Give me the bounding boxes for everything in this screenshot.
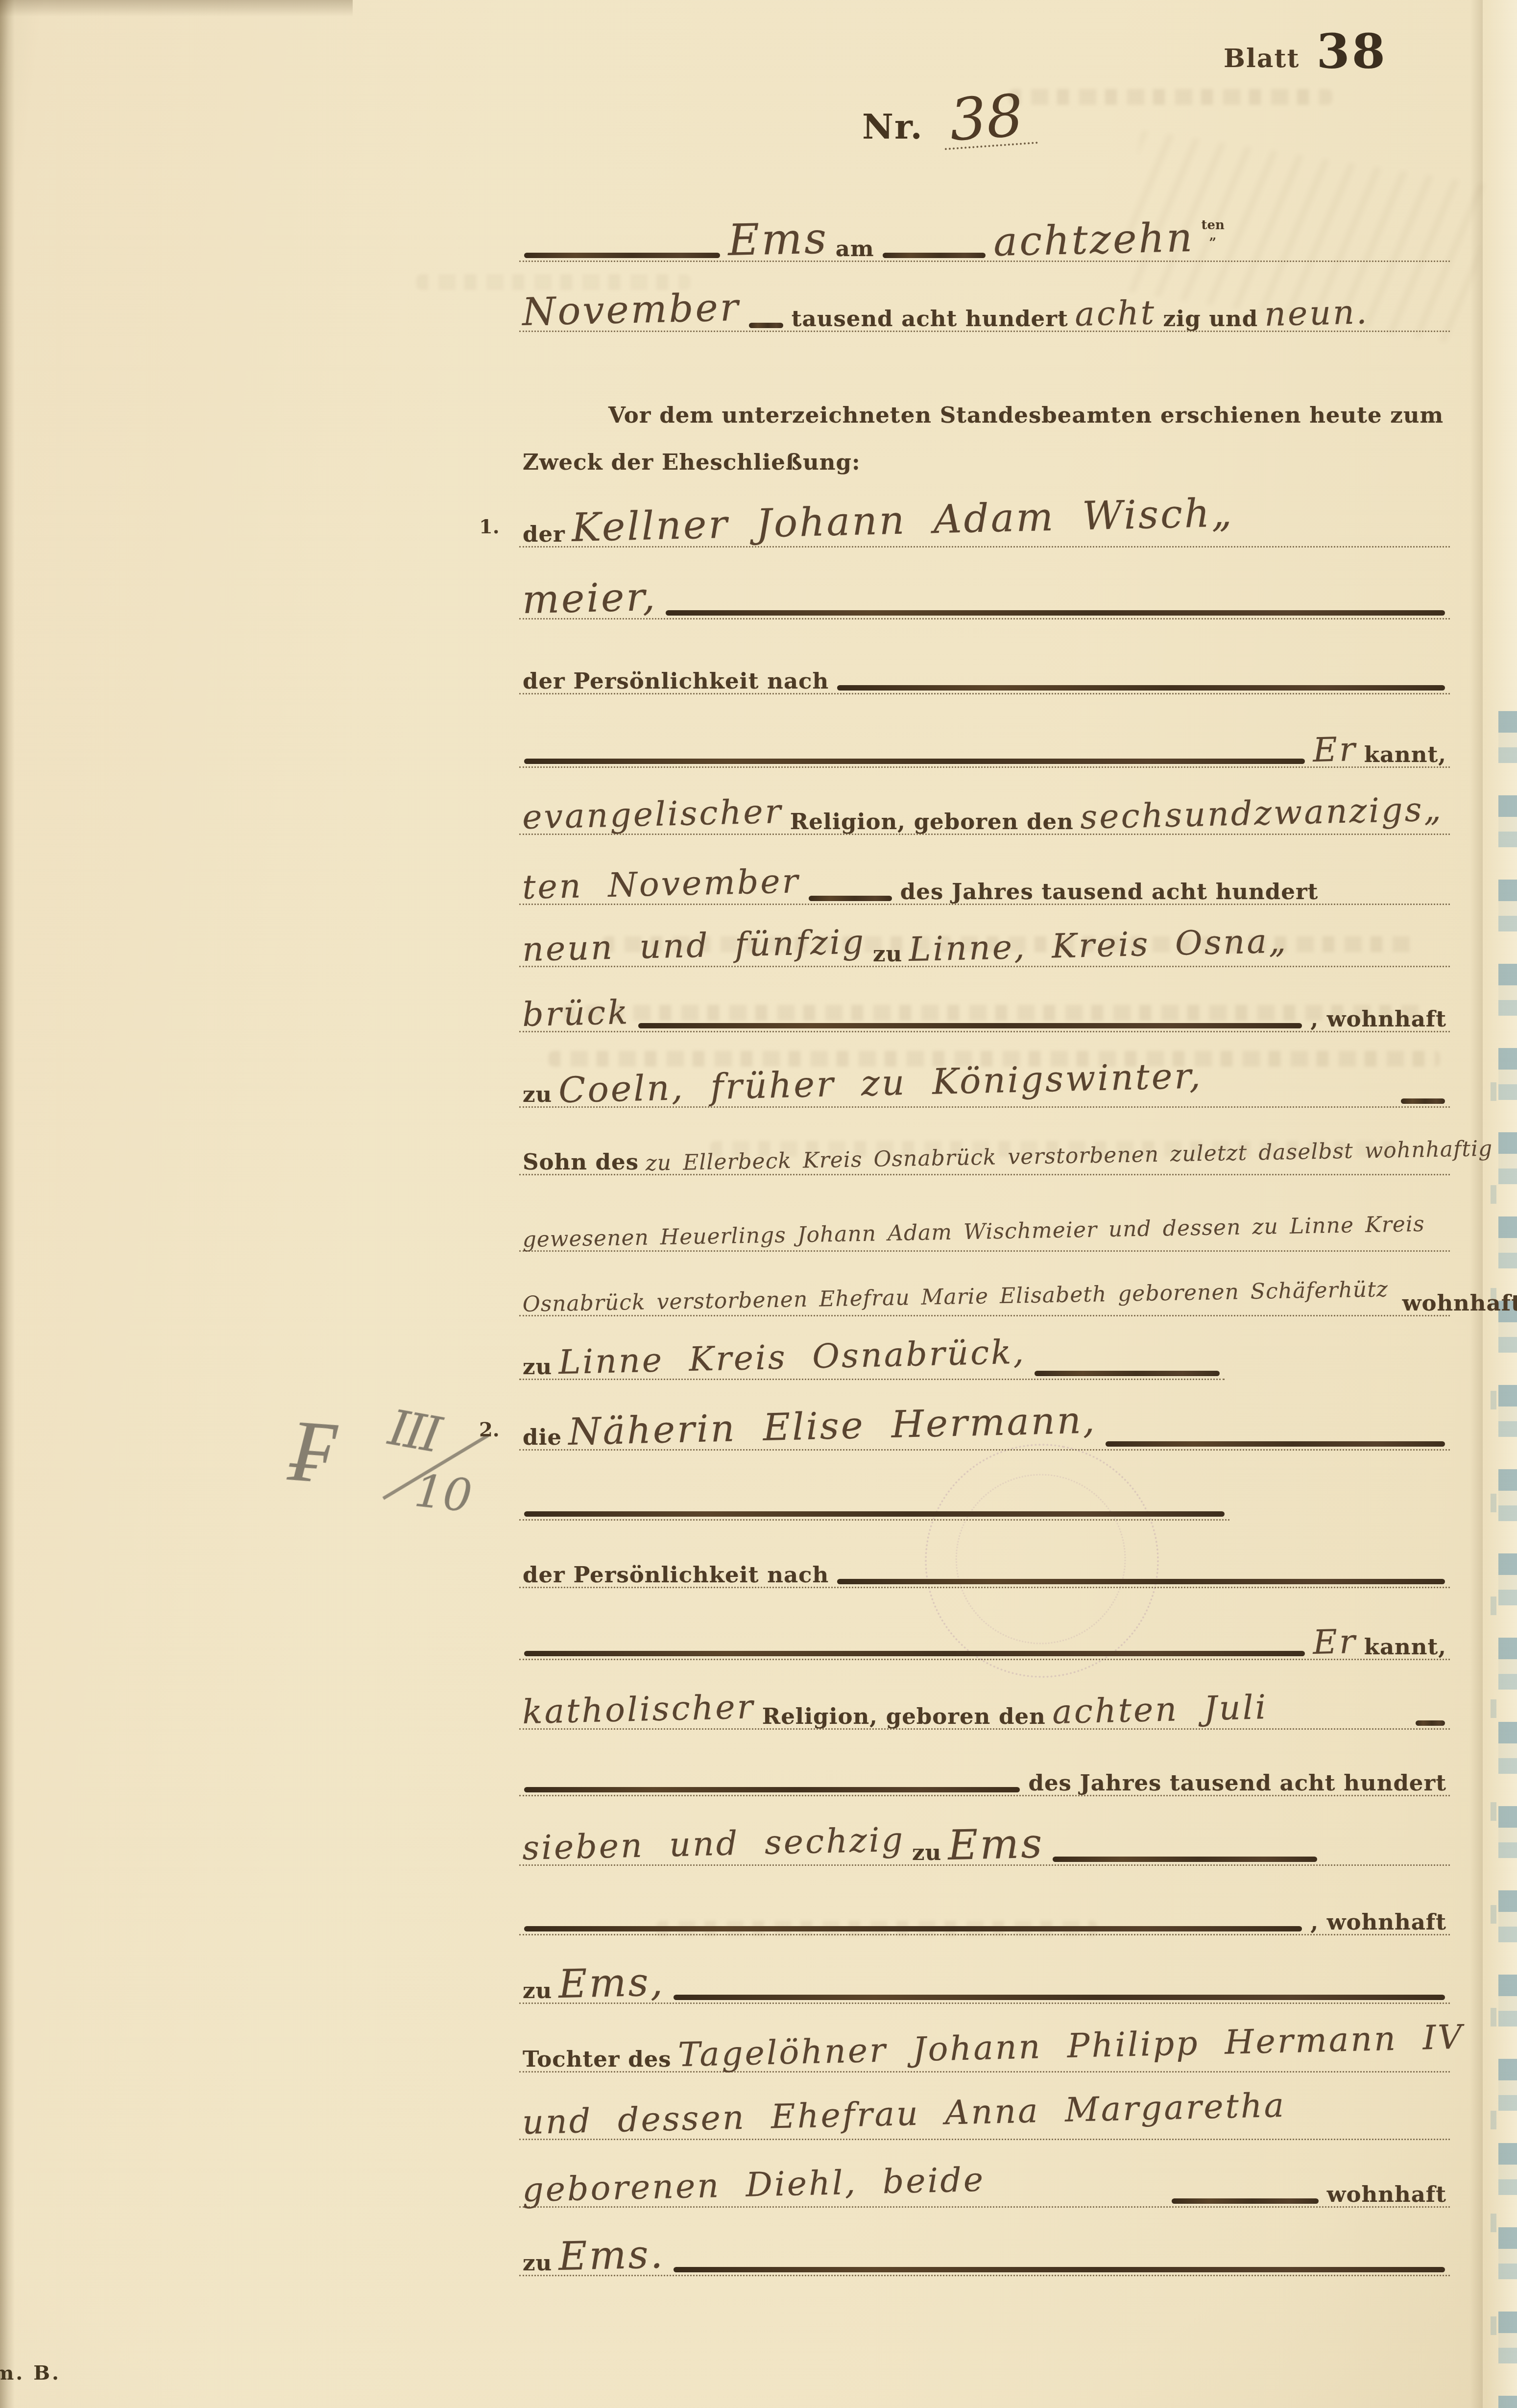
dotted-gap (1231, 260, 1446, 261)
handwritten-entry: neun und fünfzig (522, 928, 866, 966)
ink-stroke (837, 1579, 1445, 1584)
printed-form-text: des Jahres tausend acht hundert (900, 881, 1319, 904)
pencil-upper-numeral: III (386, 1408, 441, 1455)
ink-stroke (883, 253, 986, 258)
handwritten-entry: achtzehn (993, 219, 1195, 261)
bleedthrough-ghost (1009, 89, 1332, 105)
ink-stroke (837, 685, 1445, 691)
handwritten-entry-small: zu Ellerbeck Kreis Osnabrück verstorbene… (645, 1139, 1493, 1174)
form-line-26: zuEms, (519, 1939, 1450, 2004)
dotted-gap (1275, 1727, 1407, 1728)
printed-form-text: Religion, geboren den (790, 811, 1074, 834)
printed-form-text: Tochter des (523, 2048, 672, 2071)
pencil-lower-numeral: 10 (413, 1473, 474, 1514)
handwritten-entry: acht (1074, 298, 1156, 331)
form-line-4: Zweck der Eheschließung: (519, 409, 1156, 474)
printed-form-text: zu (523, 2252, 552, 2275)
handwritten-entry: ten November (522, 867, 800, 904)
printed-form-text: zu (523, 1979, 552, 2003)
form-line-21: Erkannt, (519, 1596, 1450, 1660)
ink-stroke (524, 759, 1305, 764)
handwritten-entry: Ems, (558, 1964, 665, 2003)
form-line-9: evangelischerReligion, geboren densechsu… (519, 770, 1450, 835)
printed-form-text: zu (523, 1083, 552, 1106)
nr-label: Nr. (862, 106, 923, 147)
form-line-18: 2.dieNäherin Elise Hermann, (519, 1386, 1450, 1451)
printed-form-text: zig und (1163, 308, 1258, 331)
form-line-10: ten Novemberdes Jahres tausend acht hund… (519, 840, 1450, 905)
printed-form-text: wohnhaft (1327, 2183, 1446, 2206)
form-line-27: Tochter desTagelöhner Johann Philipp Her… (519, 2008, 1450, 2073)
blatt-label: Blatt (1224, 44, 1300, 73)
handwritten-entry-small: Osnabrück verstorbenen Ehefrau Marie Eli… (522, 1279, 1388, 1315)
printed-form-text: , wohnhaft (1310, 1911, 1446, 1934)
form-line-29: geborenen Diehl, beidewohnhaft (519, 2143, 1450, 2208)
printed-form-text: des Jahres tausend acht hundert (1028, 1772, 1446, 1795)
ink-stroke (524, 1651, 1305, 1656)
printed-form-text: wohnhaft (1402, 1292, 1517, 1315)
handwritten-entry: sechsundzwanzigs„ (1080, 795, 1443, 834)
handwritten-entry: und dessen Ehefrau Anna Margaretha (522, 2091, 1286, 2139)
ink-stroke (1053, 1857, 1317, 1862)
sheet-number: 38 (1316, 30, 1387, 73)
binding-fold-shadow (1470, 0, 1483, 2408)
form-line-5: 1.derKellner Johann Adam Wisch„ (519, 483, 1450, 548)
printed-form-text: zu (523, 1356, 552, 1379)
superscript-mark: ten „ (1202, 220, 1225, 241)
printed-form-text: kannt, (1364, 743, 1446, 766)
item-number: 2. (479, 1418, 500, 1441)
ink-stroke (1401, 1098, 1445, 1104)
form-line-12: brück, wohnhaft (519, 968, 1450, 1032)
handwritten-entry: Linne, Kreis Osna„ (909, 927, 1288, 966)
printed-form-text: Zweck der Eheschließung: (523, 451, 861, 474)
form-line-15: gewesenen Heuerlings Johann Adam Wischme… (519, 1187, 1450, 1252)
blue-dashed-binding-edge-inner (1491, 1053, 1496, 2408)
dotted-gap (992, 2205, 1163, 2206)
item-number: 1. (479, 515, 500, 538)
record-number-heading: Nr. 38 (862, 93, 1036, 147)
printed-form-text: der Persönlichkeit nach (523, 670, 829, 693)
ink-stroke (524, 1511, 1225, 1517)
printed-form-text: Sohn des (523, 1151, 639, 1174)
handwritten-entry: Tagelöhner Johann Philipp Hermann IV (677, 2023, 1464, 2071)
printed-form-text: die (523, 1426, 562, 1449)
nr-value-handwritten: 38 (941, 90, 1037, 150)
handwritten-entry: Coeln, früher zu Königswinter, (558, 1059, 1203, 1106)
handwritten-entry-small: gewesenen Heuerlings Johann Adam Wischme… (522, 1214, 1425, 1250)
printed-form-text: , wohnhaft (1310, 1008, 1446, 1031)
form-line-17: zuLinne Kreis Osnabrück, (519, 1315, 1225, 1380)
form-line-25: , wohnhaft (519, 1871, 1450, 1935)
dotted-gap (1210, 1105, 1393, 1106)
page-left-edge-shadow (0, 0, 15, 2408)
handwritten-entry: Ems. (558, 2237, 665, 2275)
ink-stroke (1035, 1371, 1220, 1376)
handwritten-entry: achten Juli (1052, 1693, 1268, 1728)
form-line-22: katholischerReligion, geboren denachten … (519, 1665, 1450, 1730)
form-line-24: sieben und sechzigzuEms (519, 1801, 1450, 1866)
form-line-23: des Jahres tausend acht hundert (519, 1732, 1450, 1796)
ink-stroke (1416, 1720, 1445, 1726)
dotted-gap (1241, 545, 1446, 546)
blue-dashed-binding-edge (1498, 700, 1517, 2408)
form-line-11: neun und fünfzigzuLinne, Kreis Osna„ (519, 903, 1450, 967)
form-line-6: meier, (519, 555, 1450, 620)
printed-form-text: tausend acht hundert (792, 308, 1068, 331)
handwritten-entry: Linne Kreis Osnabrück, (558, 1337, 1026, 1379)
pencil-symbol: ₣ (288, 1414, 337, 1488)
handwritten-entry: brück (522, 998, 630, 1031)
printed-form-text: der (523, 523, 565, 546)
printed-form-text: der Persönlichkeit nach (523, 1564, 829, 1587)
form-line-13: zuCoeln, früher zu Königswinter, (519, 1043, 1450, 1108)
ink-stroke (674, 2267, 1445, 2272)
ink-stroke (1106, 1441, 1445, 1447)
ink-stroke (809, 896, 892, 901)
handwritten-entry: Er (1312, 1627, 1357, 1659)
handwritten-entry: evangelischer (522, 797, 783, 834)
handwritten-entry: Kellner Johann Adam Wisch„ (571, 495, 1234, 546)
handwritten-entry: sieben und sechzig (522, 1825, 905, 1864)
handwritten-entry: Ems (727, 218, 829, 261)
printed-form-text: zu (873, 943, 902, 966)
form-line-20: der Persönlichkeit nach (519, 1524, 1450, 1588)
form-line-28: und dessen Ehefrau Anna Margaretha (519, 2075, 1450, 2140)
handwritten-entry: Näherin Elise Hermann, (568, 1403, 1097, 1449)
handwritten-entry: katholischer (522, 1693, 755, 1728)
handwritten-entry: meier, (522, 579, 657, 618)
ink-stroke (524, 1787, 1020, 1792)
form-line-8: Erkannt, (519, 703, 1450, 768)
handwritten-entry: Er (1312, 735, 1357, 766)
form-line-2: Novembertausend acht hundertachtzig undn… (519, 267, 1450, 332)
handwritten-entry: neun. (1264, 298, 1370, 331)
ink-stroke (524, 1926, 1302, 1931)
ink-stroke (1172, 2198, 1319, 2204)
ink-stroke (524, 253, 720, 258)
dotted-gap (1293, 2138, 1446, 2139)
ink-stroke (749, 323, 783, 328)
handwritten-entry: November (522, 290, 740, 331)
form-line-7: der Persönlichkeit nach (519, 630, 1450, 694)
form-line-30: zuEms. (519, 2212, 1450, 2276)
form-line-16: Osnabrück verstorbenen Ehefrau Marie Eli… (519, 1252, 1450, 1316)
handwritten-entry: geborenen Diehl, beide (522, 2165, 986, 2206)
printed-form-text: Religion, geboren den (762, 1705, 1046, 1728)
ink-stroke (674, 1995, 1445, 2000)
registry-page: Blatt 38 Nr. 38 ₣ III 10 m. B. Emsamacht… (0, 0, 1517, 2408)
form-line-1: Emsamachtzehnten „ (519, 197, 1450, 262)
ink-stroke (666, 610, 1445, 616)
printed-form-text: kannt, (1364, 1636, 1446, 1659)
printed-form-text: am (836, 238, 874, 261)
page-top-edge-shadow (0, 0, 353, 17)
ink-stroke (638, 1023, 1302, 1028)
form-footer-note: m. B. (0, 2361, 61, 2384)
dotted-gap (1325, 1863, 1355, 1864)
printed-form-text: zu (912, 1841, 941, 1864)
form-line-14: Sohn deszu Ellerbeck Kreis Osnabrück ver… (519, 1111, 1450, 1175)
form-line-19 (519, 1456, 1229, 1521)
sheet-header: Blatt 38 (1224, 30, 1387, 73)
handwritten-entry: Ems (947, 1824, 1044, 1864)
